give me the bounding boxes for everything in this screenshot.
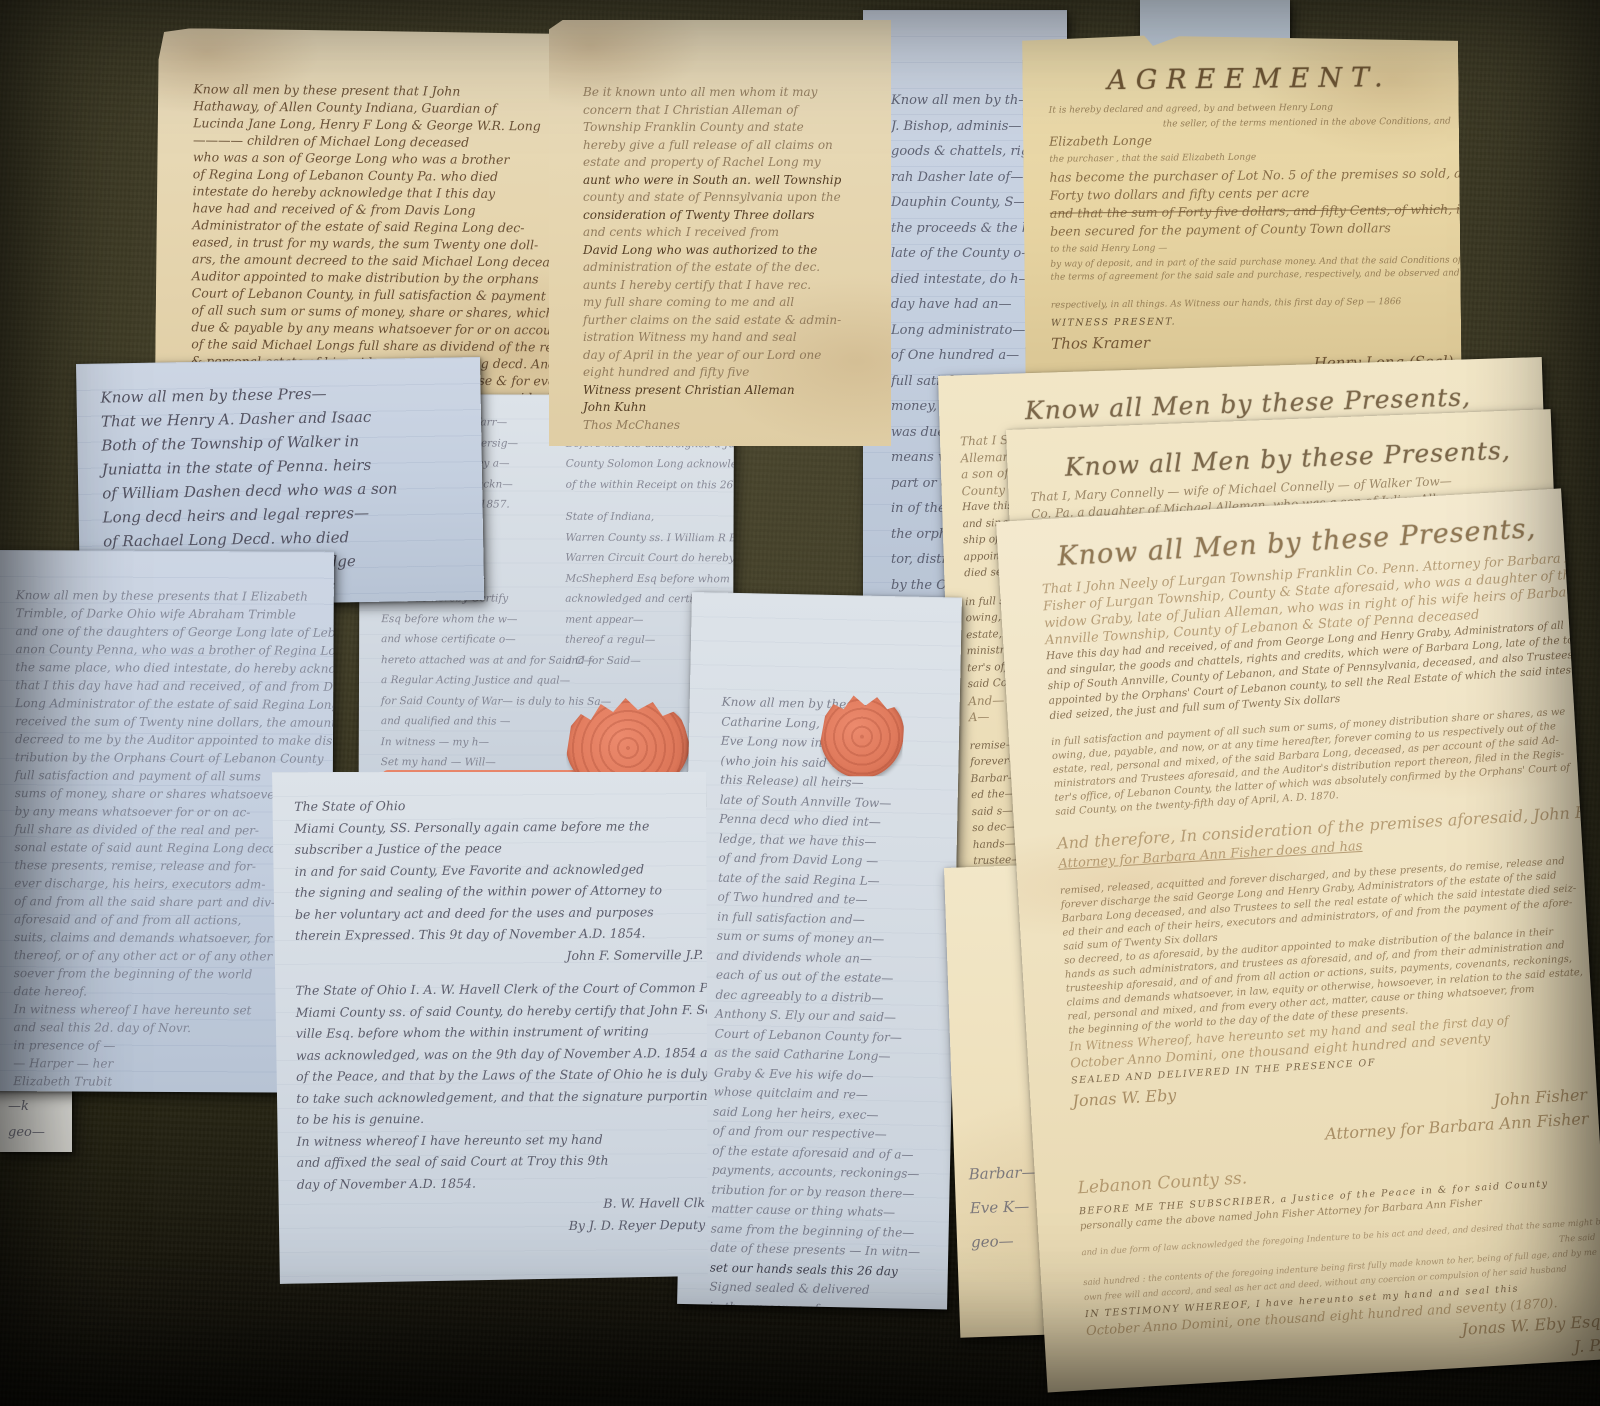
photo-of-documents: Know all men by th—J. Bishop, adminis—go…	[0, 0, 1600, 1406]
document-catharine-long-release: Know all men by these—Catharine Long, Ba…	[677, 592, 962, 1309]
document-printed-release-front: Know all Men by these Presents,That I Jo…	[996, 488, 1600, 1392]
document-ohio-certifications: The State of OhioMiami County, SS. Perso…	[272, 769, 710, 1284]
document-alleman-release: Be it known unto all men whom it mayconc…	[549, 20, 891, 446]
